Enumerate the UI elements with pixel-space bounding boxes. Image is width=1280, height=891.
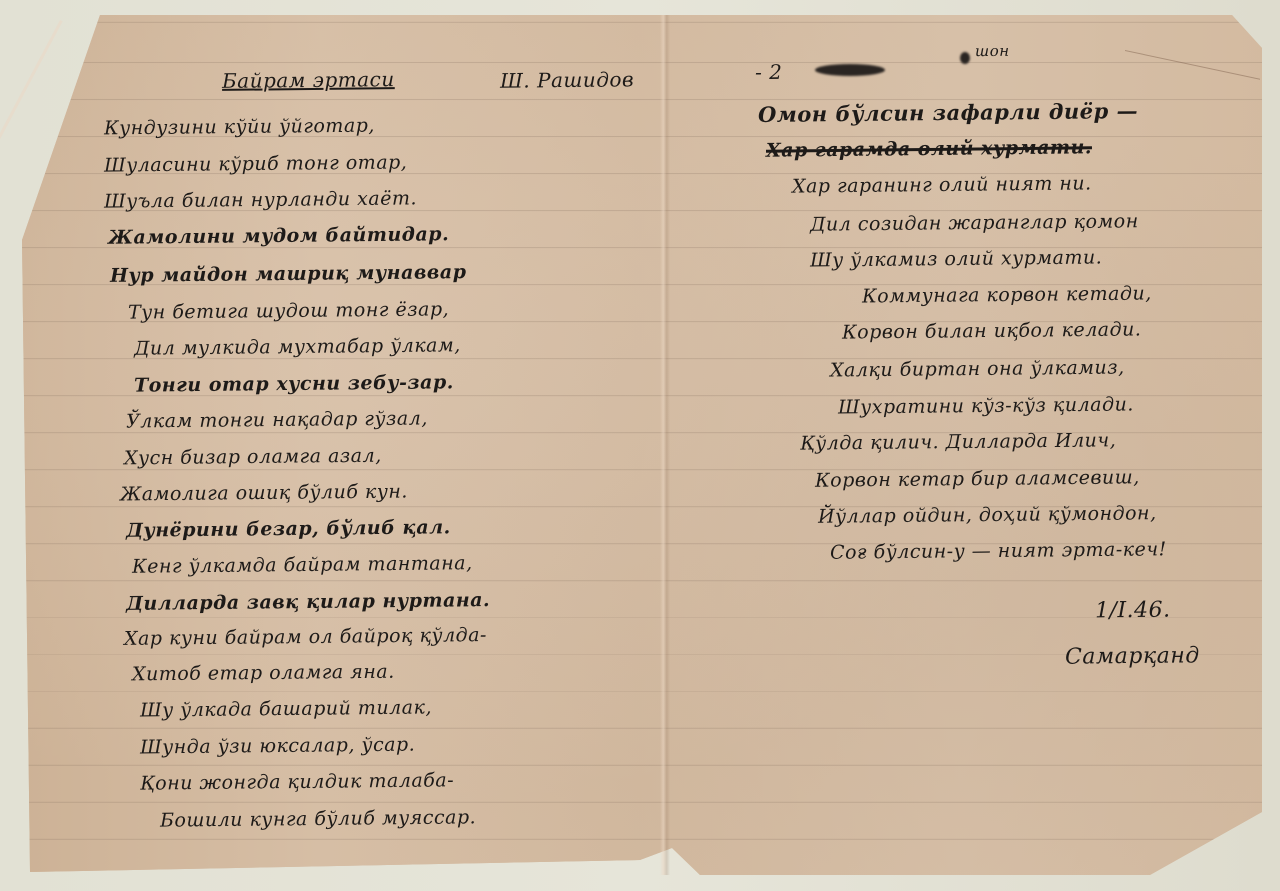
- left-line: Жамолини мудом байтидар.: [108, 225, 449, 248]
- left-line: Хусн бизар оламга азал,: [124, 447, 382, 469]
- center-fold: [660, 15, 670, 875]
- left-line: Дилларда завқ қилар нуртана.: [126, 591, 490, 614]
- right-line: Коммунага корвон кетади,: [862, 284, 1152, 306]
- right-line-struck: Хар гарамда олий хурмати.: [766, 138, 1092, 160]
- left-line: Қони жонгда қилдик талаба-: [140, 771, 454, 793]
- left-line: Кундузини кўйи ўйготар,: [104, 117, 375, 139]
- header-note: шон: [975, 44, 1010, 59]
- left-line: Нур майдон машриқ мунаввар: [110, 263, 467, 286]
- poem-author: Ш. Рашидов: [500, 69, 634, 90]
- right-line: Халқи биртан она ўлкамиз,: [830, 358, 1125, 380]
- poem-title: Байрам эртаси: [222, 69, 395, 91]
- right-line: Соғ бўлсин-у — ният эрта-кеч!: [830, 540, 1167, 563]
- right-line: Шу ўлкамиз олий хурмати.: [810, 248, 1102, 270]
- ink-blot: [815, 64, 885, 76]
- signature-place: Самарқанд: [1065, 645, 1200, 668]
- right-line: Дил созидан жаранглар қомон: [810, 212, 1139, 234]
- right-line: Омон бўлсин зафарли диёр —: [758, 100, 1138, 125]
- right-line: Йўллар ойдин, доҳий қўмондон,: [818, 504, 1157, 527]
- right-line: Шухратини кўз-кўз қилади.: [838, 395, 1134, 417]
- right-line: Корвон кетар бир аламсевиш,: [815, 468, 1140, 490]
- left-line: Шунда ўзи юксалар, ўсар.: [140, 736, 415, 758]
- left-line: Ўлкам тонги нақадар гўзал,: [126, 409, 428, 431]
- left-line: Дил мулкида мухтабар ўлкам,: [134, 336, 461, 358]
- left-line: Хитоб етар оламга яна.: [132, 663, 395, 685]
- ink-blot: [960, 52, 970, 64]
- left-line: Шуласини кўриб тонг отар,: [104, 153, 407, 175]
- left-line: Жамолига ошиқ бўлиб кун.: [120, 482, 408, 504]
- left-line: Хар куни байрам ол байроқ қўлда-: [124, 626, 487, 649]
- page-number: - 2: [755, 62, 783, 82]
- right-line: Қўлда қилич. Дилларда Илич,: [800, 431, 1116, 453]
- left-line: Кенг ўлкамда байрам тантана,: [132, 554, 473, 577]
- signature-date: 1/I.46.: [1095, 600, 1171, 623]
- left-line: Дунёрини безар, бўлиб қал.: [126, 518, 451, 540]
- poem-title-text: Байрам эртаси: [222, 67, 395, 93]
- left-line: Тонги отар хусни зебу-зар.: [134, 373, 454, 395]
- left-line: Бошили кунга бўлиб муяссар.: [160, 808, 476, 830]
- right-line: Хар гаранинг олий ният ни.: [792, 174, 1092, 196]
- left-line: Шу ўлкада башарий тилак,: [140, 698, 432, 720]
- left-line: Тун бетига шудош тонг ёзар,: [128, 300, 449, 322]
- right-line: Корвон билан иқбол келади.: [842, 320, 1142, 342]
- left-line: Шуъла билан нурланди хаёт.: [104, 189, 417, 211]
